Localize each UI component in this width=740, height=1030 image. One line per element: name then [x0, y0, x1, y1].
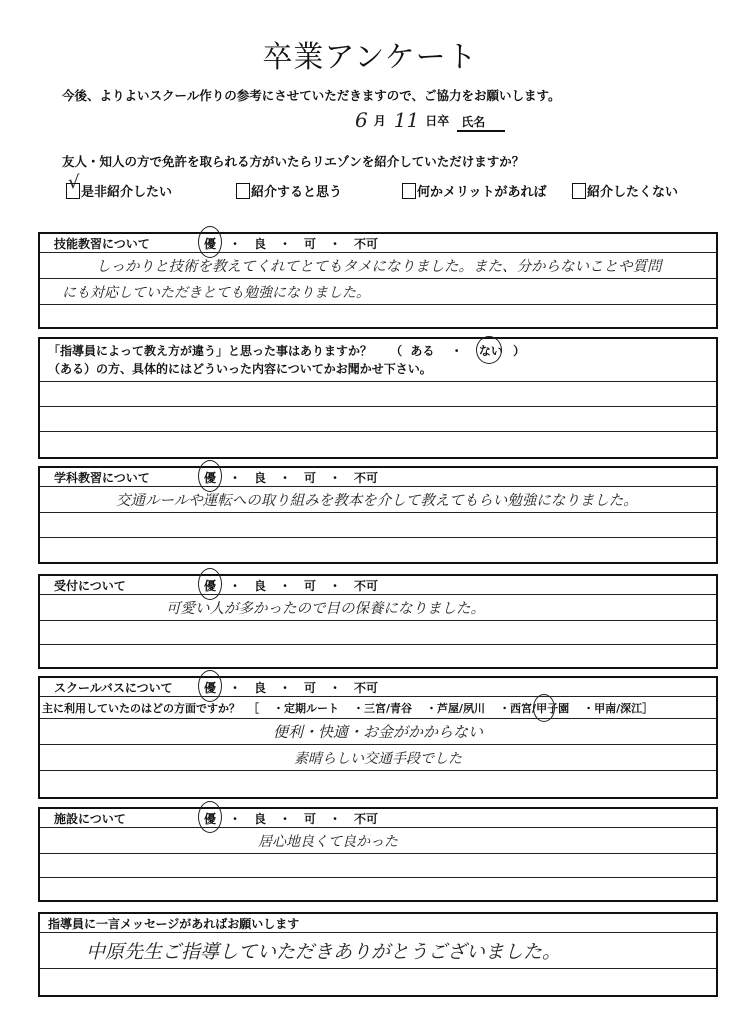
- choice-yes[interactable]: ある: [410, 344, 434, 358]
- checkbox[interactable]: [572, 183, 586, 199]
- section-academic-lessons: 学科教習について 優 ・ 良 ・ 可 ・ 不可 交通ルールや運転への取り組みを教…: [38, 466, 718, 564]
- separator: ・: [268, 469, 302, 486]
- comment-line[interactable]: にも対応していただきとても勉強になりました。: [40, 279, 716, 305]
- rating-good[interactable]: 良: [252, 235, 268, 252]
- section-header: 「指導員によって教え方が違う」と思った事はありますか？ （ ある ・ ない ） …: [40, 339, 716, 382]
- rating-good[interactable]: 良: [252, 810, 268, 827]
- area-option-regular-route[interactable]: ・定期ルート: [273, 700, 339, 716]
- section-instructor-difference: 「指導員によって教え方が違う」と思った事はありますか？ （ ある ・ ない ） …: [38, 337, 718, 459]
- comment-line[interactable]: 便利・快適・お金がかからない: [40, 719, 716, 745]
- month-value[interactable]: 6: [355, 108, 368, 132]
- rating-scale: 優 ・ 良 ・ 可 ・ 不可: [202, 469, 380, 486]
- choice-bracket-close: ）: [513, 344, 525, 358]
- rating-scale: 優 ・ 良 ・ 可 ・ 不可: [202, 577, 380, 594]
- rating-excellent-selected[interactable]: 優: [202, 235, 218, 252]
- rating-excellent-selected[interactable]: 優: [202, 810, 218, 827]
- comment-line[interactable]: [40, 621, 716, 645]
- comment-line[interactable]: [40, 878, 716, 900]
- section-header: 学科教習について 優 ・ 良 ・ 可 ・ 不可: [40, 468, 716, 487]
- comment-line[interactable]: 中原先生ご指導していただきありがとうございました。: [40, 933, 716, 969]
- checkbox[interactable]: [236, 183, 250, 199]
- rating-fair[interactable]: 可: [302, 810, 318, 827]
- rating-scale: 優 ・ 良 ・ 可 ・ 不可: [202, 679, 380, 696]
- referral-option-no[interactable]: 紹介したくない: [572, 181, 678, 200]
- checkbox-checked[interactable]: √: [66, 183, 80, 199]
- comment-line[interactable]: [40, 969, 716, 995]
- choice-no-selected[interactable]: ない: [479, 342, 503, 360]
- rating-good[interactable]: 良: [252, 577, 268, 594]
- comment-line[interactable]: [40, 538, 716, 562]
- rating-good[interactable]: 良: [252, 469, 268, 486]
- separator: ・: [318, 679, 352, 696]
- comment-line[interactable]: [40, 407, 716, 432]
- separator: ・: [268, 577, 302, 594]
- referral-options: √ 是非紹介したい 紹介すると思う 何かメリットがあれば 紹介したくない: [66, 181, 678, 200]
- comment-line[interactable]: 交通ルールや運転への取り組みを教本を介して教えてもらい勉強になりました。: [40, 487, 716, 513]
- separator: ・: [318, 469, 352, 486]
- separator: ・: [218, 810, 252, 827]
- rating-excellent-selected[interactable]: 優: [202, 577, 218, 594]
- checkbox[interactable]: [402, 183, 416, 199]
- rating-poor[interactable]: 不可: [352, 577, 380, 594]
- graduation-date-row: 6 月 11 日卒 氏名: [355, 108, 505, 132]
- separator: ・: [218, 235, 252, 252]
- rating-poor[interactable]: 不可: [352, 235, 380, 252]
- option-label: 紹介したくない: [587, 181, 678, 200]
- section-reception: 受付について 優 ・ 良 ・ 可 ・ 不可 可愛い人が多かったので目の保養になり…: [38, 574, 718, 669]
- separator: ・: [268, 679, 302, 696]
- rating-fair[interactable]: 可: [302, 235, 318, 252]
- section-label: 施設について: [54, 810, 202, 827]
- day-label: 日卒: [425, 112, 449, 129]
- referral-option-if-merit[interactable]: 何かメリットがあれば: [402, 181, 572, 200]
- area-bracket-open: ［: [248, 700, 259, 716]
- section-label: スクールバスについて: [54, 679, 202, 696]
- bus-area-row: 主に利用していたのはどの方面ですか？ ［ ・定期ルート ・三宮/青谷 ・芦屋/夙…: [40, 697, 716, 719]
- rating-fair[interactable]: 可: [302, 577, 318, 594]
- name-field[interactable]: 氏名: [457, 113, 505, 132]
- comment-line[interactable]: [40, 382, 716, 407]
- comment-line[interactable]: 居心地良くて良かった: [40, 828, 716, 854]
- comment-line[interactable]: [40, 645, 716, 667]
- separator: ・: [218, 469, 252, 486]
- page-title: 卒業アンケート: [0, 32, 740, 76]
- option-label: 紹介すると思う: [251, 181, 342, 200]
- rating-scale: 優 ・ 良 ・ 可 ・ 不可: [202, 235, 380, 252]
- section-label: 受付について: [54, 577, 202, 594]
- area-question: 主に利用していたのはどの方面ですか？: [42, 700, 240, 716]
- comment-line[interactable]: 素晴らしい交通手段でした: [40, 745, 716, 771]
- section-skill-lessons: 技能教習について 優 ・ 良 ・ 可 ・ 不可 しっかりと技術を教えてくれてとて…: [38, 232, 718, 329]
- section-label: 指導員に一言メッセージがあればお願いします: [48, 915, 299, 932]
- section-instructor-message: 指導員に一言メッセージがあればお願いします 中原先生ご指導していただきありがとう…: [38, 912, 718, 997]
- rating-fair[interactable]: 可: [302, 469, 318, 486]
- rating-good[interactable]: 良: [252, 679, 268, 696]
- question-line: 「指導員によって教え方が違う」と思った事はありますか？ （ ある ・ ない ）: [48, 342, 716, 360]
- comment-line[interactable]: [40, 771, 716, 797]
- comment-line[interactable]: [40, 305, 716, 327]
- separator: ・: [318, 235, 352, 252]
- rating-fair[interactable]: 可: [302, 679, 318, 696]
- separator: ・: [218, 577, 252, 594]
- section-header: 施設について 優 ・ 良 ・ 可 ・ 不可: [40, 809, 716, 828]
- area-bracket-close: ］: [642, 700, 653, 716]
- section-header: スクールバスについて 優 ・ 良 ・ 可 ・ 不可: [40, 678, 716, 697]
- area-selected-koshien[interactable]: 甲子園: [536, 700, 569, 716]
- comment-line[interactable]: しっかりと技術を教えてくれてとてもタメになりました。また、分からないことや質問: [40, 253, 716, 279]
- area-option-sannomiya-aodani[interactable]: ・三宮/青谷: [353, 700, 412, 716]
- section-header: 技能教習について 優 ・ 良 ・ 可 ・ 不可: [40, 234, 716, 253]
- rating-scale: 優 ・ 良 ・ 可 ・ 不可: [202, 810, 380, 827]
- section-label: 学科教習について: [54, 469, 202, 486]
- separator: ・: [318, 577, 352, 594]
- referral-option-probably[interactable]: 紹介すると思う: [236, 181, 402, 200]
- rating-excellent-selected[interactable]: 優: [202, 469, 218, 486]
- rating-poor[interactable]: 不可: [352, 469, 380, 486]
- option-label: 何かメリットがあれば: [417, 181, 546, 200]
- day-value[interactable]: 11: [394, 108, 419, 132]
- rating-excellent-selected[interactable]: 優: [202, 679, 218, 696]
- comment-line[interactable]: 可愛い人が多かったので目の保養になりました。: [40, 595, 716, 621]
- section-header: 指導員に一言メッセージがあればお願いします: [40, 914, 716, 933]
- choice-bracket-open: （: [390, 344, 402, 358]
- separator: ・: [451, 344, 463, 358]
- comment-line[interactable]: [40, 432, 716, 457]
- comment-line[interactable]: [40, 854, 716, 878]
- rating-poor[interactable]: 不可: [352, 810, 380, 827]
- intro-text: 今後、よりよいスクール作りの参考にさせていただきますので、ご協力をお願いします。: [62, 86, 561, 104]
- rating-poor[interactable]: 不可: [352, 679, 380, 696]
- option-label: 是非紹介したい: [81, 181, 172, 200]
- referral-option-definitely[interactable]: √ 是非紹介したい: [66, 181, 236, 200]
- month-label: 月: [374, 112, 386, 129]
- check-mark-icon: √: [68, 176, 79, 189]
- comment-line[interactable]: [40, 513, 716, 538]
- area-option-nishinomiya-koshien[interactable]: ・西宮/甲子園: [499, 700, 569, 716]
- separator: ・: [268, 810, 302, 827]
- section-school-bus: スクールバスについて 優 ・ 良 ・ 可 ・ 不可 主に利用していたのはどの方面…: [38, 676, 718, 799]
- separator: ・: [318, 810, 352, 827]
- followup-text: （ある）の方、具体的にはどういった内容についてかお聞かせ下さい。: [48, 360, 716, 378]
- separator: ・: [268, 235, 302, 252]
- separator: ・: [218, 679, 252, 696]
- question-text: 「指導員によって教え方が違う」と思った事はありますか？: [48, 344, 372, 358]
- area-option-konan-fukae[interactable]: ・甲南/深江: [583, 700, 642, 716]
- referral-question: 友人・知人の方で免許を取られる方がいたらリエゾンを紹介していただけますか？: [62, 152, 524, 170]
- area-option-ashiya-shukugawa[interactable]: ・芦屋/夙川: [426, 700, 485, 716]
- section-header: 受付について 優 ・ 良 ・ 可 ・ 不可: [40, 576, 716, 595]
- section-facility: 施設について 優 ・ 良 ・ 可 ・ 不可 居心地良くて良かった: [38, 807, 718, 902]
- section-label: 技能教習について: [54, 235, 202, 252]
